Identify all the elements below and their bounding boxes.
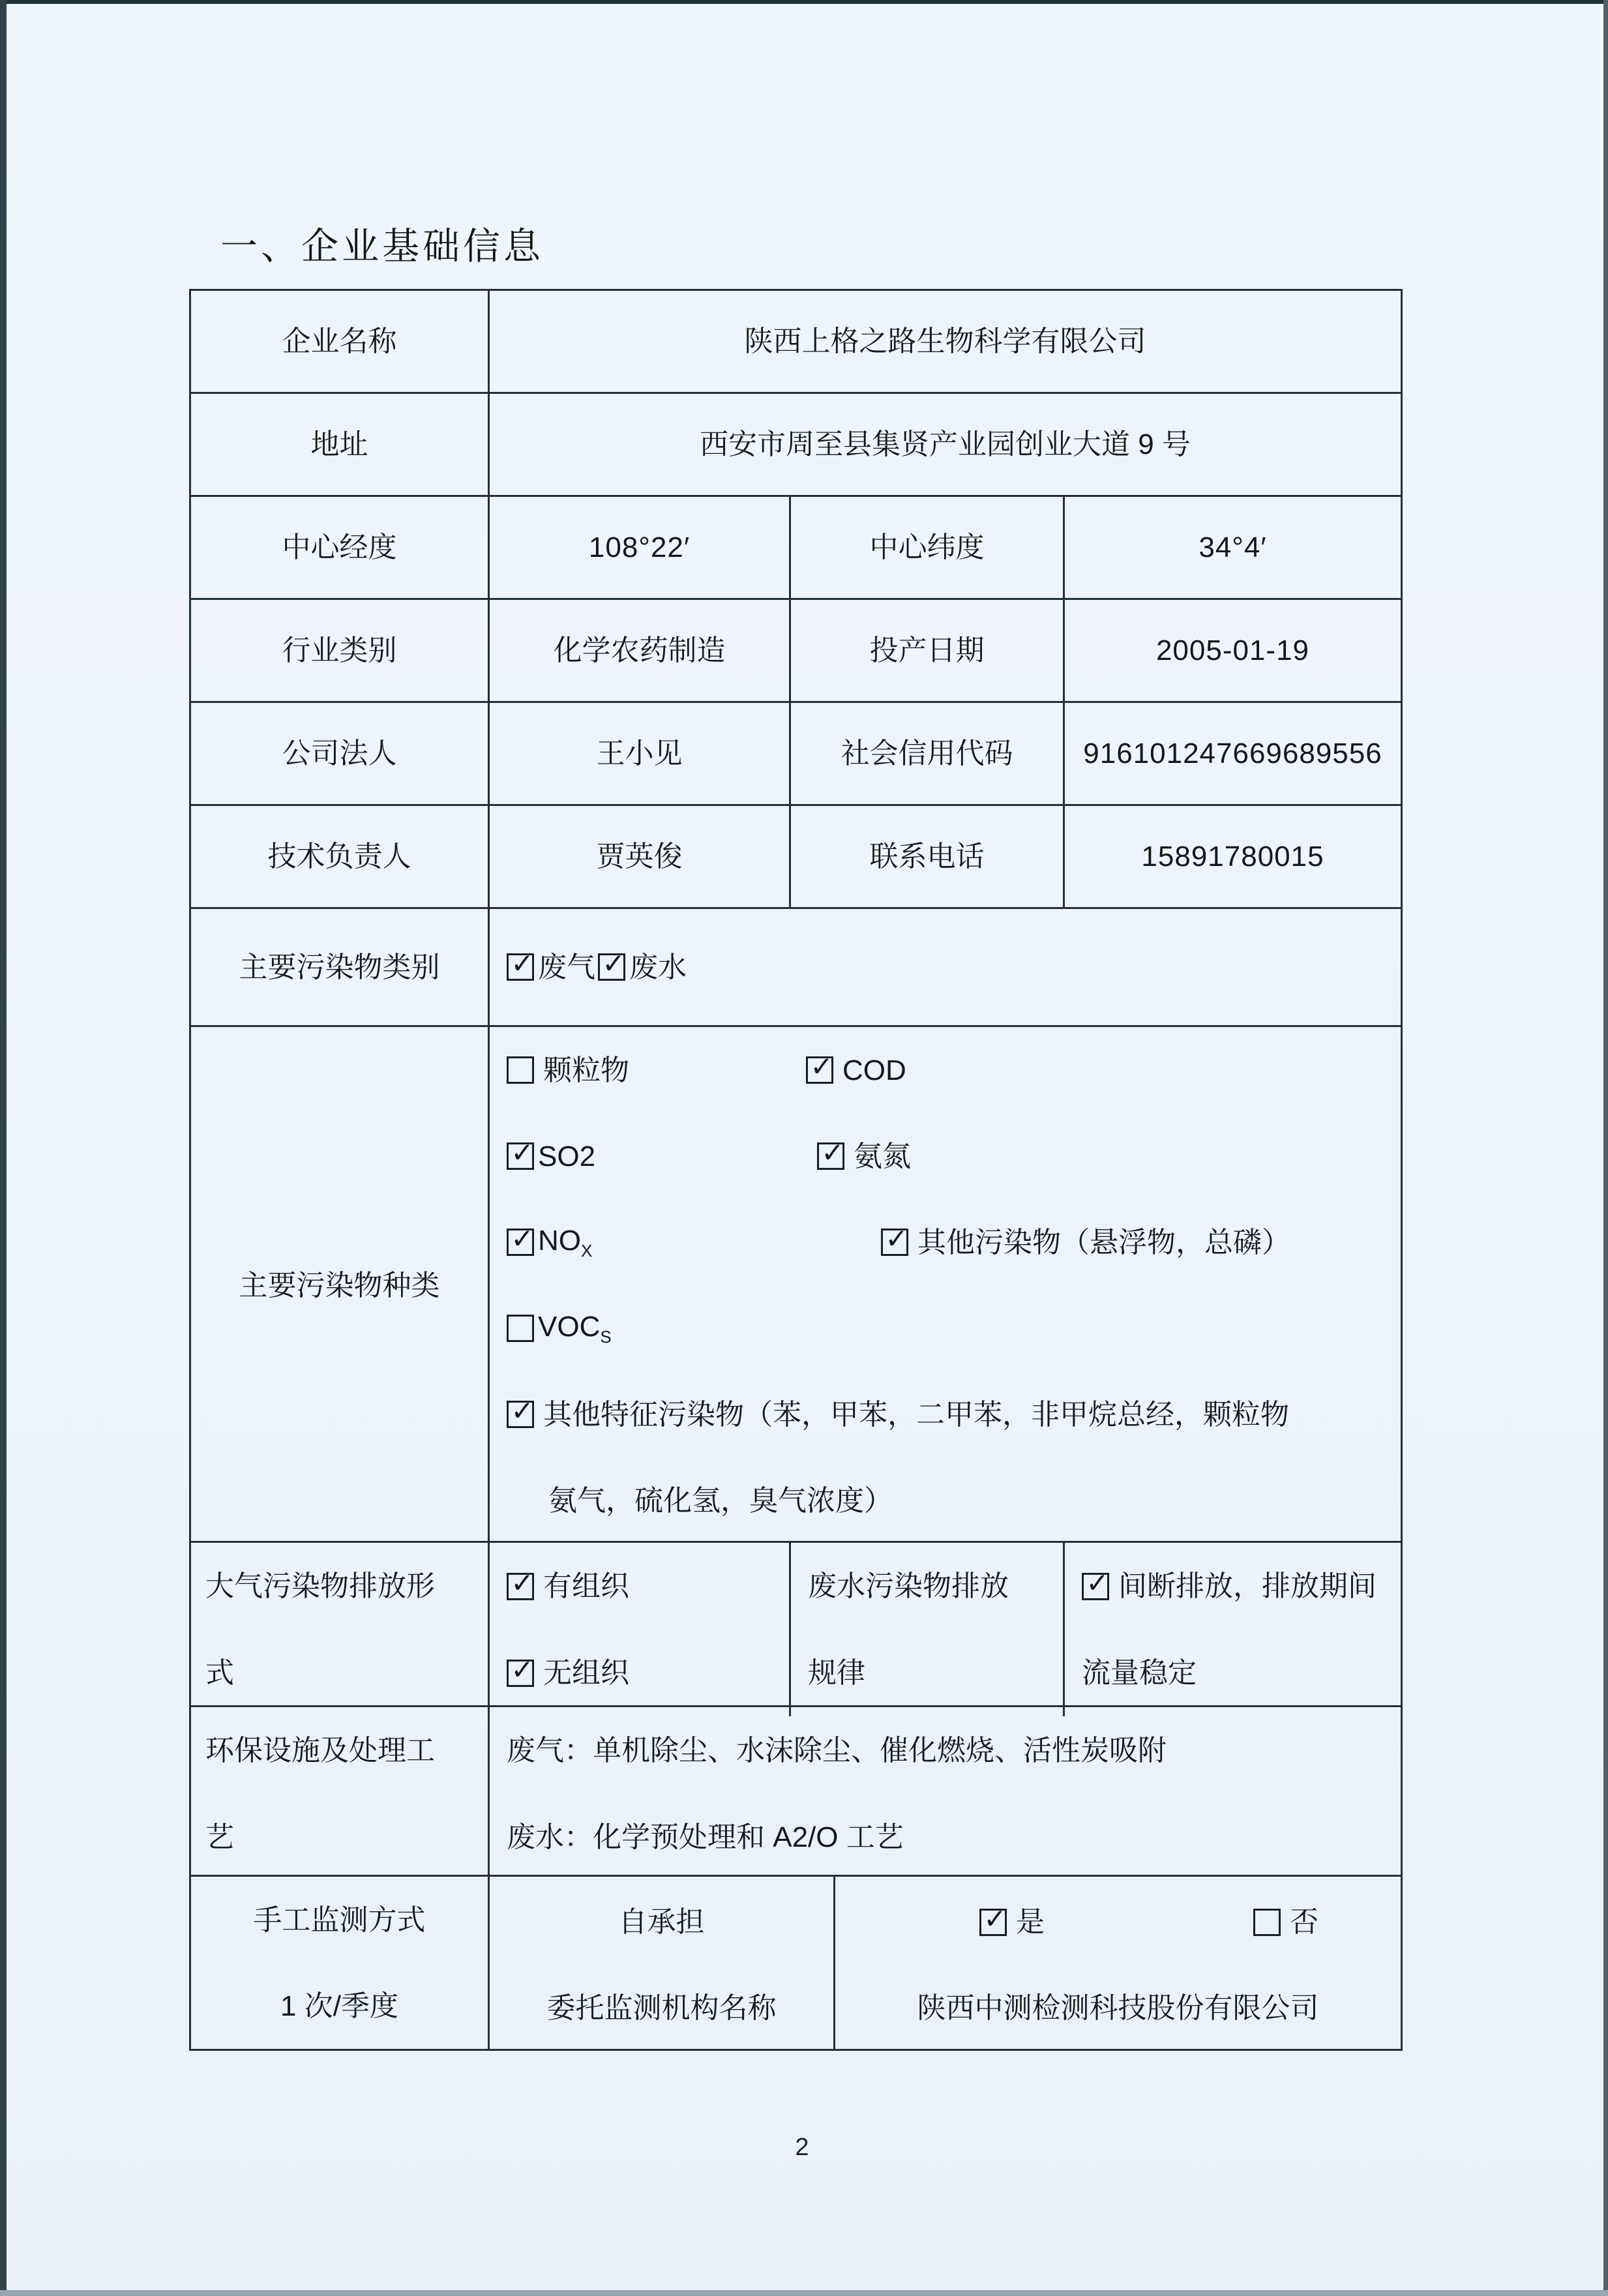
entrusted-org-value: 陕西中测检测科技股份有限公司 xyxy=(835,1967,1401,2049)
water-treatment-line: 废水：化学预处理和 A2/O 工艺 xyxy=(490,1794,1401,1881)
pollutant-types-label: 主要污染物种类 xyxy=(191,1027,490,1543)
other-characteristic-label-cont: 氨气，硫化氢，臭气浓度） xyxy=(548,1483,893,1519)
unorganized-check-icon: ✓ xyxy=(511,1656,533,1684)
waste-gas-option: ✓ 废气 xyxy=(507,949,598,985)
stable-flow-label: 流量稳定 xyxy=(1065,1630,1401,1716)
credit-code-value: 916101247669689556 xyxy=(1065,703,1401,804)
table-row-industry: 行业类别 化学农药制造 投产日期 2005-01-19 xyxy=(191,600,1401,703)
section-title: 一、企业基础信息 xyxy=(220,216,544,270)
cod-check-icon: ✓ xyxy=(810,1053,833,1081)
scan-edge-right xyxy=(1603,0,1608,2296)
organized-label: 有组织 xyxy=(543,1568,629,1604)
intermittent-label: 间断排放，排放期间 xyxy=(1118,1568,1377,1604)
other-pollutants-checkbox[interactable]: ✓ xyxy=(881,1229,908,1256)
no-label: 否 xyxy=(1290,1904,1318,1940)
waste-gas-check-icon: ✓ xyxy=(511,950,533,977)
treatment-process-label: 环保设施及处理工 艺 xyxy=(191,1707,490,1881)
pollutant-category-value: ✓ 废气 ✓ 废水 xyxy=(490,909,1401,1025)
company-name-value: 陕西上格之路生物科学有限公司 xyxy=(490,291,1401,392)
yes-label: 是 xyxy=(1016,1904,1045,1940)
manual-monitoring-label-line2: 1 次/季度 xyxy=(280,1963,398,2049)
air-emission-options: ✓ 有组织 ✓ 无组织 xyxy=(490,1543,791,1716)
waste-water-option: ✓ 废水 xyxy=(598,949,689,985)
vocs-label: VOCS xyxy=(538,1309,612,1347)
water-emission-pattern-line2: 规律 xyxy=(791,1630,1063,1716)
pollutant-line-4: VOCS xyxy=(490,1285,1401,1371)
industry-value: 化学农药制造 xyxy=(490,600,791,701)
intermittent-check-icon: ✓ xyxy=(1086,1570,1109,1597)
water-emission-pattern-line1: 废水污染物排放 xyxy=(791,1543,1063,1630)
latitude-label: 中心纬度 xyxy=(791,497,1065,598)
scan-edge-left xyxy=(0,0,7,2296)
unorganized-checkbox[interactable]: ✓ xyxy=(507,1660,534,1687)
no-option: 否 xyxy=(1253,1904,1318,1940)
nox-label: NOX xyxy=(538,1223,592,1261)
other-pollutants-label: 其他污染物（悬浮物，总磷） xyxy=(917,1225,1290,1260)
ammonia-nitrogen-checkbox[interactable]: ✓ xyxy=(817,1142,844,1170)
nox-check-icon: ✓ xyxy=(511,1225,533,1253)
table-row-treatment-process: 环保设施及处理工 艺 废气：单机除尘、水沫除尘、催化燃烧、活性炭吸附 废水：化学… xyxy=(191,1707,1401,1877)
cod-label: COD xyxy=(842,1052,906,1088)
no-checkbox[interactable] xyxy=(1253,1909,1281,1936)
other-pollutants-check-icon: ✓ xyxy=(885,1225,908,1253)
enterprise-info-table: 企业名称 陕西上格之路生物科学有限公司 地址 西安市周至县集贤产业园创业大道 9… xyxy=(189,289,1403,2051)
scanned-form-page: { "page": { "section_title": "一、企业基础信息",… xyxy=(0,0,1608,2296)
waste-gas-checkbox[interactable]: ✓ xyxy=(507,953,534,981)
pollutant-line-6: 氨气，硫化氢，臭气浓度） xyxy=(490,1457,1401,1543)
other-characteristic-check-icon: ✓ xyxy=(511,1397,533,1425)
waste-water-check-icon: ✓ xyxy=(602,950,625,977)
phone-label: 联系电话 xyxy=(791,806,1065,907)
legal-person-value: 王小见 xyxy=(490,703,791,804)
table-row-address: 地址 西安市周至县集贤产业园创业大道 9 号 xyxy=(191,394,1401,497)
cod-option: ✓ COD xyxy=(806,1052,906,1088)
longitude-value: 108°22′ xyxy=(490,497,791,598)
table-row-legal-person: 公司法人 王小见 社会信用代码 916101247669689556 xyxy=(191,703,1401,806)
water-emission-pattern-label: 废水污染物排放 规律 xyxy=(791,1543,1065,1716)
air-emission-form-label-line1: 大气污染物排放形 xyxy=(191,1543,488,1630)
tech-lead-label: 技术负责人 xyxy=(191,806,490,907)
nox-checkbox[interactable]: ✓ xyxy=(507,1229,534,1256)
waste-water-label: 废水 xyxy=(629,949,687,985)
ammonia-nitrogen-option: ✓ 氨氮 xyxy=(817,1139,911,1174)
credit-code-label: 社会信用代码 xyxy=(791,703,1065,804)
ammonia-nitrogen-label: 氨氮 xyxy=(854,1139,911,1174)
other-characteristic-checkbox[interactable]: ✓ xyxy=(507,1401,534,1428)
table-row-company-name: 企业名称 陕西上格之路生物科学有限公司 xyxy=(191,291,1401,394)
unorganized-option: ✓ 无组织 xyxy=(490,1630,789,1716)
self-undertake-options: ✓ 是 否 xyxy=(835,1877,1401,1967)
pollutant-line-5: ✓ 其他特征污染物（苯，甲苯，二甲苯，非甲烷总经，颗粒物 xyxy=(490,1371,1401,1457)
manual-monitoring-label-line1: 手工监测方式 xyxy=(254,1877,426,1963)
address-label: 地址 xyxy=(191,394,490,495)
address-value: 西安市周至县集贤产业园创业大道 9 号 xyxy=(490,394,1401,495)
manual-monitoring-label: 手工监测方式 1 次/季度 xyxy=(191,1877,490,2049)
scan-edge-bottom xyxy=(0,2290,1608,2296)
waste-gas-label: 废气 xyxy=(538,949,595,985)
ammonia-nitrogen-check-icon: ✓ xyxy=(821,1139,844,1167)
yes-check-icon: ✓ xyxy=(983,1905,1006,1933)
production-date-value: 2005-01-19 xyxy=(1065,600,1401,701)
cod-checkbox[interactable]: ✓ xyxy=(806,1056,833,1084)
vocs-checkbox[interactable] xyxy=(507,1315,534,1342)
intermittent-option: ✓ 间断排放，排放期间 xyxy=(1065,1543,1401,1630)
company-name-label: 企业名称 xyxy=(191,291,490,392)
tech-lead-value: 贾英俊 xyxy=(490,806,791,907)
treatment-process-label-line1: 环保设施及处理工 xyxy=(191,1707,488,1794)
so2-label: SO2 xyxy=(538,1139,595,1174)
other-pollutants-option: ✓ 其他污染物（悬浮物，总磷） xyxy=(881,1225,1290,1260)
pollutant-types-value: 颗粒物 ✓ COD ✓ SO2 ✓ 氨氮 ✓ NOX ✓ 其他污染物（ xyxy=(490,1027,1401,1543)
organized-checkbox[interactable]: ✓ xyxy=(507,1573,534,1600)
production-date-label: 投产日期 xyxy=(791,600,1065,701)
entrusted-org-label: 委托监测机构名称 xyxy=(490,1967,835,2049)
table-row-emission-form: 大气污染物排放形 式 ✓ 有组织 ✓ 无组织 废水污染物排放 规律 ✓ 间断排放… xyxy=(191,1543,1401,1707)
unorganized-label: 无组织 xyxy=(543,1655,629,1691)
water-emission-pattern-value: ✓ 间断排放，排放期间 流量稳定 xyxy=(1065,1543,1401,1716)
self-undertake-label: 自承担 xyxy=(490,1877,835,1967)
yes-option: ✓ 是 xyxy=(979,1904,1045,1940)
latitude-value: 34°4′ xyxy=(1065,497,1401,598)
organized-option: ✓ 有组织 xyxy=(490,1543,789,1630)
air-emission-form-label: 大气污染物排放形 式 xyxy=(191,1543,490,1716)
table-row-manual-monitoring: 手工监测方式 1 次/季度 自承担 ✓ 是 否 委托监测机构名称 陕西中测检测科… xyxy=(191,1877,1401,2049)
phone-value: 15891780015 xyxy=(1065,806,1401,907)
page-number: 2 xyxy=(769,2134,835,2162)
particulate-label: 颗粒物 xyxy=(543,1052,629,1088)
organized-check-icon: ✓ xyxy=(511,1570,533,1597)
pollutant-line-3: ✓ NOX ✓ 其他污染物（悬浮物，总磷） xyxy=(490,1199,1401,1285)
pollutant-category-label: 主要污染物类别 xyxy=(191,909,490,1025)
pollutant-line-2: ✓ SO2 ✓ 氨氮 xyxy=(490,1113,1401,1199)
scan-edge-top xyxy=(0,0,1608,4)
so2-checkbox[interactable]: ✓ xyxy=(507,1142,534,1170)
particulate-checkbox[interactable] xyxy=(507,1056,534,1084)
air-emission-form-label-line2: 式 xyxy=(191,1630,488,1716)
pollutant-line-1: 颗粒物 ✓ COD xyxy=(490,1027,1401,1113)
table-row-tech-lead: 技术负责人 贾英俊 联系电话 15891780015 xyxy=(191,806,1401,909)
treatment-process-value: 废气：单机除尘、水沫除尘、催化燃烧、活性炭吸附 废水：化学预处理和 A2/O 工… xyxy=(490,1707,1401,1881)
intermittent-checkbox[interactable]: ✓ xyxy=(1082,1573,1109,1600)
legal-person-label: 公司法人 xyxy=(191,703,490,804)
waste-water-checkbox[interactable]: ✓ xyxy=(598,953,625,981)
industry-label: 行业类别 xyxy=(191,600,490,701)
table-row-pollutant-category: 主要污染物类别 ✓ 废气 ✓ 废水 xyxy=(191,909,1401,1027)
yes-checkbox[interactable]: ✓ xyxy=(979,1909,1007,1936)
longitude-label: 中心经度 xyxy=(191,497,490,598)
so2-check-icon: ✓ xyxy=(511,1139,533,1167)
table-row-coordinates: 中心经度 108°22′ 中心纬度 34°4′ xyxy=(191,497,1401,600)
other-characteristic-label: 其他特征污染物（苯，甲苯，二甲苯，非甲烷总经，颗粒物 xyxy=(543,1397,1289,1433)
treatment-process-label-line2: 艺 xyxy=(191,1794,488,1881)
table-row-pollutant-types: 主要污染物种类 颗粒物 ✓ COD ✓ SO2 ✓ 氨氮 ✓ NOX xyxy=(191,1027,1401,1543)
gas-treatment-line: 废气：单机除尘、水沫除尘、催化燃烧、活性炭吸附 xyxy=(490,1707,1401,1794)
